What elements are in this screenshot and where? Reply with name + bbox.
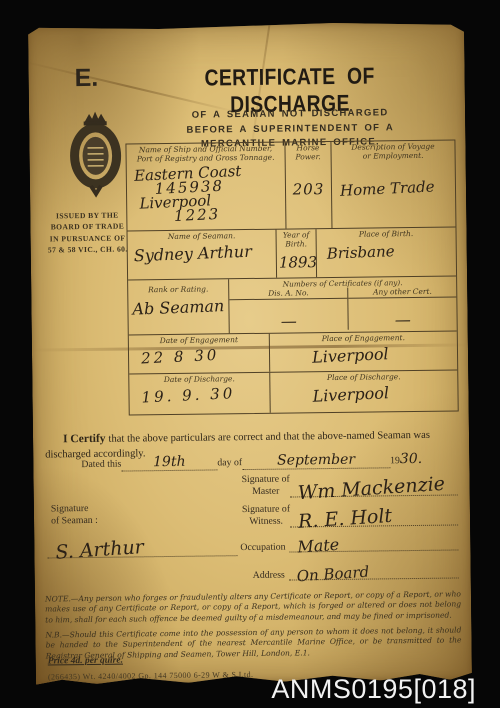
witness-signature-row: Signature of Witness. R. E. Holt bbox=[242, 501, 458, 527]
rank-header: Rank or Rating. bbox=[130, 284, 226, 295]
voyage-header: Description of Voyage or Employment. bbox=[333, 142, 452, 162]
witness-signature-value: R. E. Holt bbox=[298, 504, 393, 532]
seaman-signature-value: S. Arthur bbox=[55, 536, 145, 564]
seaman-name-header: Name of Seaman. bbox=[130, 231, 274, 242]
rank-value: Ab Seaman bbox=[132, 296, 227, 319]
ship-cell: Name of Ship and Official Number, Port o… bbox=[126, 143, 285, 231]
discharge-place-cell: Place of Discharge. Liverpool bbox=[269, 370, 457, 412]
occupation-line: Mate bbox=[289, 537, 458, 552]
address-label: Address bbox=[253, 570, 285, 581]
dis-a-no-value: — bbox=[230, 311, 349, 331]
master-signature-label: Signature of Master bbox=[241, 474, 289, 498]
birth-place-header: Place of Birth. bbox=[319, 229, 454, 240]
note-paragraph: NOTE.—Any person who forges or fraudulen… bbox=[45, 589, 461, 626]
horse-power-cell: Horse Power. 203 bbox=[284, 142, 331, 229]
dated-day-value: 19th bbox=[121, 453, 217, 471]
dated-line: Dated this19thday ofSeptember1930. bbox=[81, 449, 457, 472]
photo-background: E. CERTIFICATE OF DISCHARGE OF A SEAMAN … bbox=[0, 0, 500, 708]
rank-cell: Rank or Rating. Ab Seaman bbox=[128, 279, 229, 334]
seaman-signature-block: Signature of Seaman : S. Arthur bbox=[47, 501, 238, 558]
horse-power-header: Horse Power. bbox=[287, 143, 328, 162]
master-signature-value: Wm Mackenzie bbox=[297, 472, 445, 503]
birth-place-value: Brisbane bbox=[326, 240, 454, 263]
certify-lead: I Certify bbox=[63, 432, 106, 445]
board-of-trade-crest-icon bbox=[57, 109, 134, 204]
other-cert-header: Any other Cert. bbox=[349, 286, 457, 299]
table-row-ship: Name of Ship and Official Number, Port o… bbox=[126, 140, 455, 230]
table-row-seaman: Name of Seaman. Sydney Arthur Year of Bi… bbox=[127, 226, 456, 279]
year-printed: 19 bbox=[390, 455, 400, 466]
birth-year-header: Year of Birth. bbox=[279, 230, 314, 249]
seaman-name-value: Sydney Arthur bbox=[133, 241, 274, 265]
birth-place-cell: Place of Birth. Brisbane bbox=[315, 227, 456, 277]
address-line: On Board bbox=[289, 565, 459, 580]
seaman-signature-line: S. Arthur bbox=[47, 525, 237, 558]
discharge-place-value: Liverpool bbox=[312, 380, 456, 406]
birth-year-cell: Year of Birth. 1893 bbox=[275, 229, 316, 277]
engagement-place-cell: Place of Engagement. Liverpool bbox=[269, 331, 457, 371]
master-signature-line: Wm Mackenzie bbox=[290, 480, 458, 497]
witness-signature-line: R. E. Holt bbox=[290, 510, 458, 527]
discharge-date-cell: Date of Discharge. 19. 9. 30 bbox=[129, 373, 269, 415]
certificates-columns: Dis. A. No. — Any other Cert. — bbox=[229, 286, 457, 331]
ship-entry: Eastern Coast 145938 Liverpool 1223 bbox=[128, 162, 284, 225]
archive-reference-label: ANMS0195[018] bbox=[271, 674, 476, 705]
voyage-value: Home Trade bbox=[340, 176, 454, 199]
dis-a-no-header: Dis. A. No. bbox=[229, 288, 348, 301]
day-of-label: day of bbox=[217, 457, 242, 468]
seaman-signature-label: Signature of Seaman : bbox=[47, 501, 237, 527]
occupation-label: Occupation bbox=[240, 542, 285, 554]
table-row-engagement: Date of Engagement 22 8 30 Place of Enga… bbox=[129, 330, 457, 373]
other-cert-value: — bbox=[349, 310, 457, 330]
discharge-details-table: Name of Ship and Official Number, Port o… bbox=[125, 139, 458, 415]
other-cert-column: Any other Cert. — bbox=[348, 286, 457, 330]
address-row: Address On Board bbox=[253, 565, 459, 581]
witness-signature-label: Signature of Witness. bbox=[242, 504, 290, 528]
dated-month-value: September bbox=[242, 451, 390, 470]
year-written-value: 30. bbox=[400, 451, 422, 467]
occupation-row: Occupation Mate bbox=[240, 537, 458, 553]
horse-power-value: 203 bbox=[288, 180, 329, 198]
engagement-place-value: Liverpool bbox=[312, 341, 456, 367]
form-series-letter: E. bbox=[74, 64, 98, 93]
dated-this-label: Dated this bbox=[81, 459, 121, 470]
engagement-date-value: 22 8 30 bbox=[141, 344, 268, 368]
seaman-name-cell: Name of Seaman. Sydney Arthur bbox=[128, 230, 277, 280]
master-signature-row: Signature of Master Wm Mackenzie bbox=[241, 471, 457, 497]
ship-tonnage-value: 1223 bbox=[174, 204, 285, 223]
birth-year-value: 1893 bbox=[279, 253, 314, 271]
price-line: Price 4d. per quire. bbox=[48, 656, 123, 667]
certificate-paper: E. CERTIFICATE OF DISCHARGE OF A SEAMAN … bbox=[28, 21, 472, 684]
table-row-rank: Rank or Rating. Ab Seaman Numbers of Cer… bbox=[128, 275, 457, 334]
discharge-date-value: 19. 9. 30 bbox=[141, 383, 268, 407]
printer-imprint: (266435) Wt. 4240/4002 Gp. 144 75000 6-2… bbox=[48, 670, 254, 682]
dis-a-no-column: Dis. A. No. — bbox=[229, 288, 348, 332]
ship-header: Name of Ship and Official Number, Port o… bbox=[128, 144, 282, 165]
occupation-value: Mate bbox=[297, 535, 340, 557]
voyage-cell: Description of Voyage or Employment. Hom… bbox=[330, 140, 455, 228]
address-value: On Board bbox=[296, 563, 370, 586]
engagement-date-cell: Date of Engagement 22 8 30 bbox=[129, 334, 269, 374]
table-row-discharge: Date of Discharge. 19. 9. 30 Place of Di… bbox=[129, 369, 457, 414]
certificates-cell: Numbers of Certificates (if any). Dis. A… bbox=[228, 276, 457, 333]
